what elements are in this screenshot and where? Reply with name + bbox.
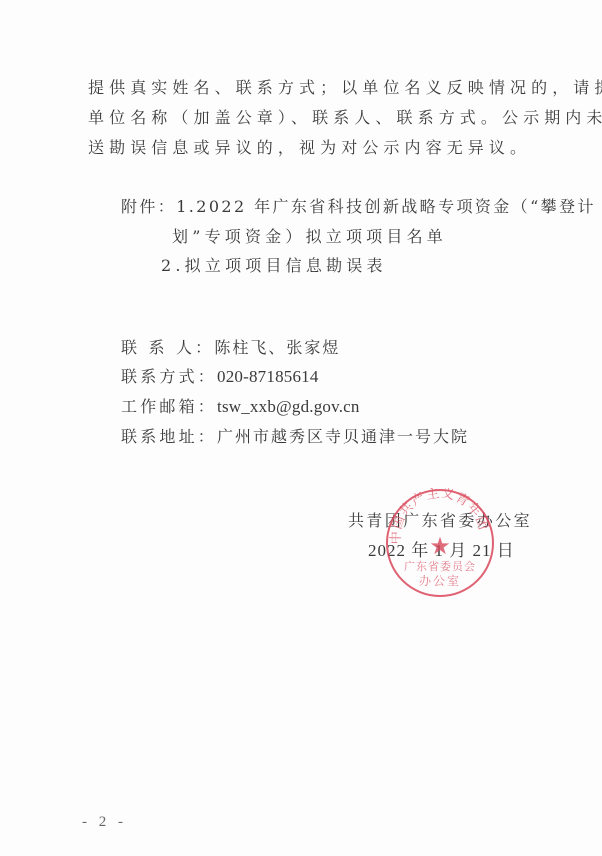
stamp-bottom-text-1: 广东省委员会 [404, 559, 476, 573]
signature-organization: 共青团广东省委办公室 [348, 511, 532, 531]
body-line-2: 单位名称（加盖公章）、联系人、联系方式。公示期内未报 [88, 108, 602, 128]
body-line-1: 提供真实姓名、联系方式；以单位名义反映情况的，请提供 [88, 78, 602, 98]
contact-phone-label: 联系方式： [121, 367, 217, 387]
signature-date: 2022 年 1 月 21 日 [368, 541, 515, 561]
attachment-item-2: 2.拟立项项目信息勘误表 [161, 256, 387, 276]
stamp-bottom-text-2: 办公室 [419, 573, 461, 588]
contact-phone-row: 联系方式：020-87185614 [121, 367, 319, 387]
contact-email-value: tsw_xxb@gd.gov.cn [217, 397, 360, 416]
attachment-item-1: 附件：1.2022 年广东省科技创新战略专项资金（“攀登计 [121, 197, 596, 217]
contact-address-label: 联系地址： [121, 427, 217, 447]
contact-email-label: 工作邮箱： [121, 397, 217, 417]
contact-person-label: 联 系 人： [121, 338, 214, 358]
contact-phone-value: 020-87185614 [217, 367, 319, 386]
attachment-label: 附件： [121, 197, 176, 216]
contact-person-value: 陈柱飞、张家煜 [214, 338, 340, 357]
attachment-item-1-text: 1.2022 年广东省科技创新战略专项资金（“攀登计 [176, 197, 596, 216]
attachment-item-1-continued: 划”专项资金）拟立项项目名单 [172, 227, 447, 247]
body-line-3: 送勘误信息或异议的，视为对公示内容无异议。 [88, 138, 531, 158]
contact-person-row: 联 系 人：陈柱飞、张家煜 [121, 338, 340, 358]
page-number: - 2 - [82, 814, 127, 831]
contact-address-value: 广州市越秀区寺贝通津一号大院 [217, 427, 469, 446]
contact-email-row: 工作邮箱：tsw_xxb@gd.gov.cn [121, 397, 360, 417]
contact-address-row: 联系地址：广州市越秀区寺贝通津一号大院 [121, 427, 469, 447]
